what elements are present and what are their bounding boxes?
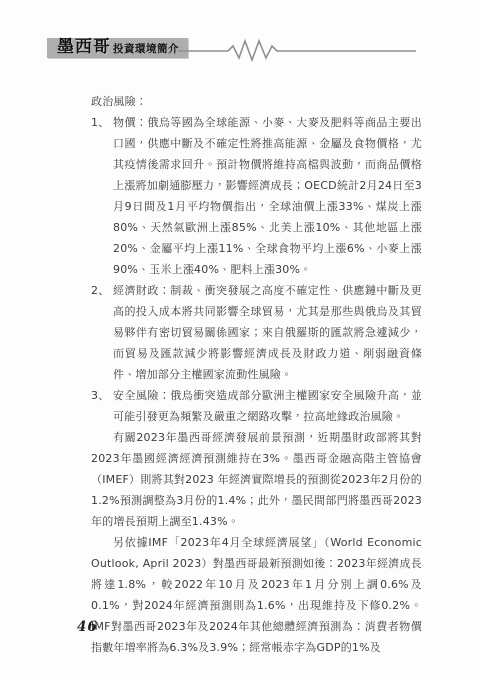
- list-item-economy-fiscal-risk: 2、 經濟財政：制裁、衝突發展之高度不確定性、供應鏈中斷及更高的投入成本將共同影…: [91, 280, 422, 385]
- heartbeat-waveform-icon: [178, 38, 416, 64]
- page-number: 46: [77, 619, 98, 635]
- section-label: 政治風險：: [91, 91, 422, 112]
- list-marker: 1、: [91, 112, 113, 133]
- list-item-text: 經濟財政：制裁、衝突發展之高度不確定性、供應鏈中斷及更高的投入成本將共同影響全球…: [113, 284, 422, 381]
- chapter-title-badge: 墨西哥 投資環境簡介: [47, 38, 188, 58]
- chapter-title-subtitle: 投資環境簡介: [113, 44, 179, 55]
- paragraph-2023-forecast: 有關2023年墨西哥經濟發展前景預測，近期墨財政部將其對2023年墨國經濟經濟預…: [91, 427, 422, 532]
- page-body: 政治風險： 1、 物價：俄烏等國為全球能源、小麥、大麥及肥料等商品主要出口國，供…: [91, 91, 422, 658]
- paragraph-imf-outlook: 另依據IMF「2023年4月全球經濟展望」（World Economic Out…: [91, 532, 422, 658]
- chapter-title-brand: 墨西哥: [57, 39, 111, 56]
- list-item-price-risk: 1、 物價：俄烏等國為全球能源、小麥、大麥及肥料等商品主要出口國，供應中斷及不確…: [91, 112, 422, 280]
- list-marker: 3、: [91, 385, 113, 406]
- list-item-text: 物價：俄烏等國為全球能源、小麥、大麥及肥料等商品主要出口國，供應中斷及不確定性將…: [113, 116, 422, 276]
- list-item-security-risk: 3、 安全風險：俄烏衝突造成部分歐洲主權國家安全風險升高，並可能引發更為頻繁及嚴…: [91, 385, 422, 427]
- document-page: 墨西哥 投資環境簡介 政治風險： 1、 物價：俄烏等國為全球能源、小麥、大麥及肥…: [0, 0, 480, 679]
- list-marker: 2、: [91, 280, 113, 301]
- page-header: 墨西哥 投資環境簡介: [47, 37, 188, 59]
- list-item-text: 安全風險：俄烏衝突造成部分歐洲主權國家安全風險升高，並可能引發更為頻繁及嚴重之網…: [113, 389, 422, 423]
